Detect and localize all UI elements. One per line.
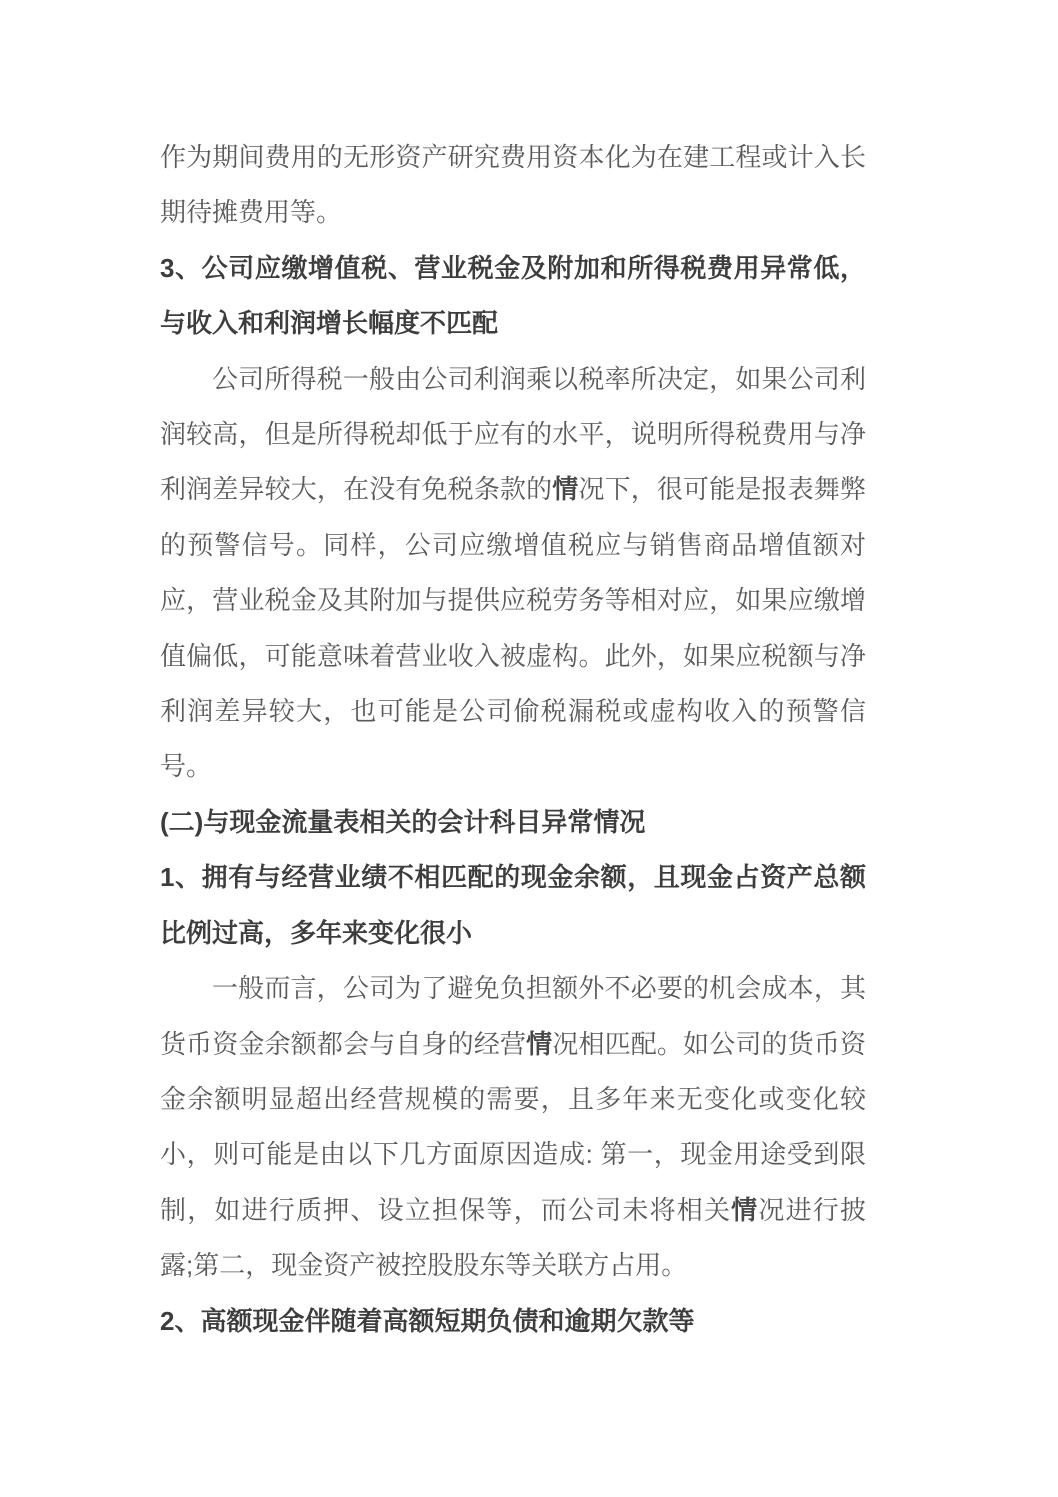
body-paragraph: 作为期间费用的无形资产研究费用资本化为在建工程或计入长期待摊费用等。 (160, 130, 866, 241)
heading-paragraph: (二)与现金流量表相关的会计科目异常情况 (160, 795, 866, 850)
heading-paragraph: 3、公司应缴增值税、营业税金及附加和所得税费用异常低，与收入和利润增长幅度不匹配 (160, 241, 866, 352)
fallback-bold-char: 情 (731, 1195, 758, 1225)
body-paragraph: 一般而言，公司为了避免负担额外不必要的机会成本，其货币资金余额都会与自身的经营情… (160, 961, 866, 1293)
heading-paragraph: 2、高额现金伴随着高额短期负债和逾期欠款等 (160, 1294, 866, 1349)
document-page: 作为期间费用的无形资产研究费用资本化为在建工程或计入长期待摊费用等。3、公司应缴… (0, 0, 1058, 1497)
fallback-bold-char: 情 (552, 474, 578, 504)
fallback-bold-char: 情 (526, 1029, 552, 1059)
document-body: 作为期间费用的无形资产研究费用资本化为在建工程或计入长期待摊费用等。3、公司应缴… (160, 0, 866, 1349)
body-paragraph: 公司所得税一般由公司利润乘以税率所决定，如果公司利润较高，但是所得税却低于应有的… (160, 352, 866, 795)
heading-paragraph: 1、拥有与经营业绩不相匹配的现金余额，且现金占资产总额比例过高，多年来变化很小 (160, 850, 866, 961)
